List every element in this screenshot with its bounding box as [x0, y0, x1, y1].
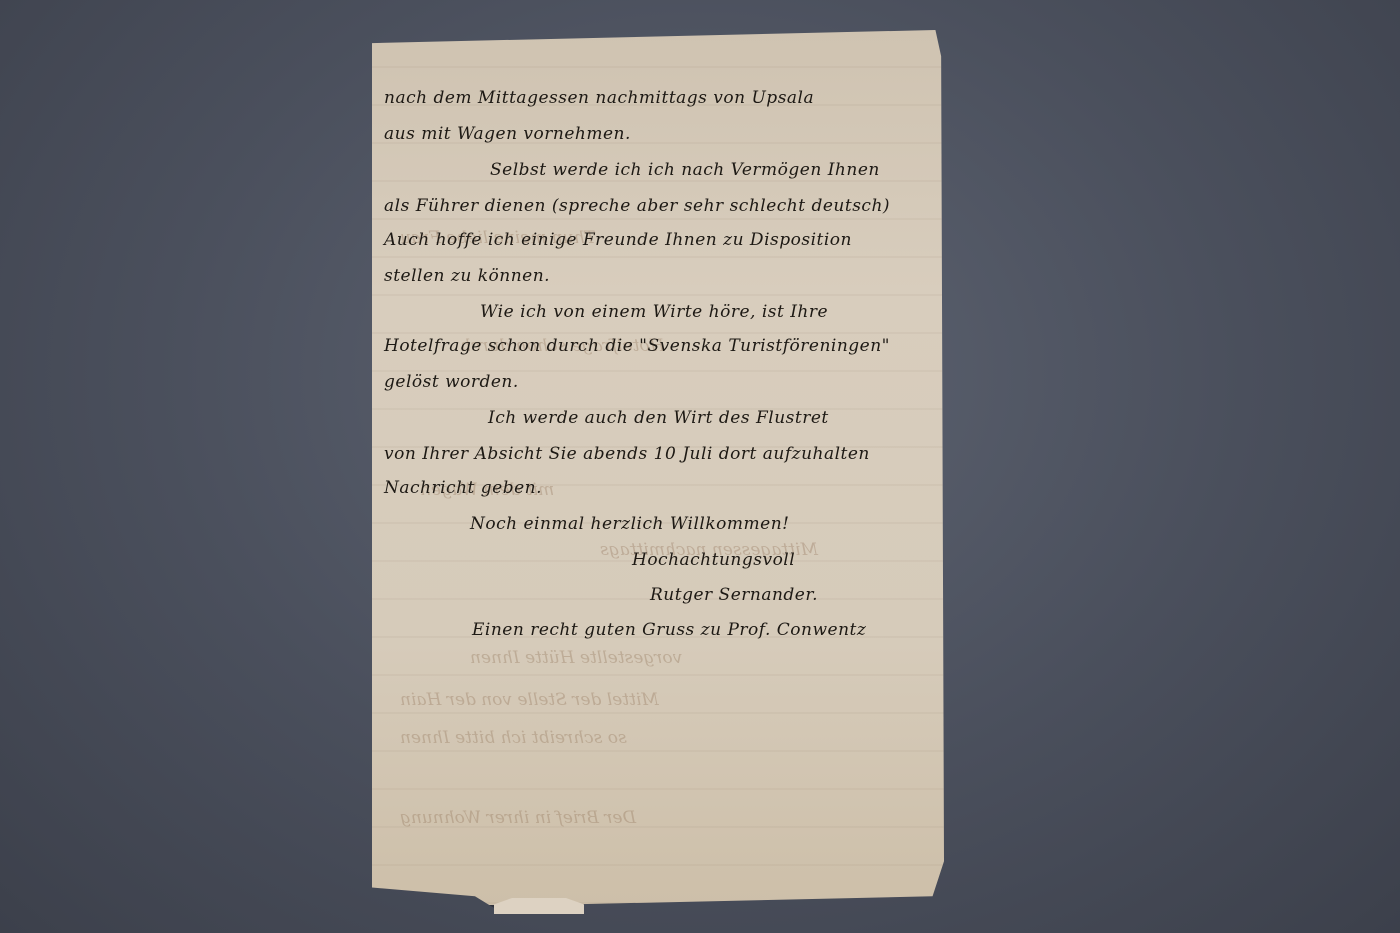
letter-line: stellen zu können. [384, 266, 550, 286]
bleed-through-text: so schreibt ich bitte Ihnen [400, 728, 627, 748]
letter-line: Nachricht geben. [384, 478, 542, 498]
bleed-through-text: vorgestellte Hütte Ihnen [470, 648, 682, 668]
letter-line: Hotelfrage schon durch die "Svenska Turi… [384, 336, 890, 356]
bleed-through-text: Der Brief in ihrer Wohnung [400, 808, 636, 828]
letter-line: Auch hoffe ich einige Freunde Ihnen zu D… [384, 230, 852, 250]
letter-line: Noch einmal herzlich Willkommen! [470, 514, 789, 534]
letter-line: nach dem Mittagessen nachmittags von Ups… [384, 88, 814, 108]
letter-line: gelöst worden. [384, 372, 519, 392]
letter-line: Wie ich von einem Wirte höre, ist Ihre [480, 302, 828, 322]
letter-line: von Ihrer Absicht Sie abends 10 Juli dor… [384, 444, 870, 464]
postscript: Einen recht guten Gruss zu Prof. Conwent… [472, 620, 866, 640]
letter-line: Hochachtungsvoll [632, 550, 795, 570]
signature: Rutger Sernander. [650, 585, 818, 605]
letter-line: als Führer dienen (spreche aber sehr sch… [384, 196, 890, 216]
torn-edge [494, 898, 584, 914]
letter-line: Selbst werde ich ich nach Vermögen Ihnen [490, 160, 880, 180]
letter-line: Ich werde auch den Wirt des Flustret [488, 408, 829, 428]
bleed-through-text: Mittel der Stelle von der Hain [400, 690, 659, 710]
letter-line: aus mit Wagen vornehmen. [384, 124, 631, 144]
